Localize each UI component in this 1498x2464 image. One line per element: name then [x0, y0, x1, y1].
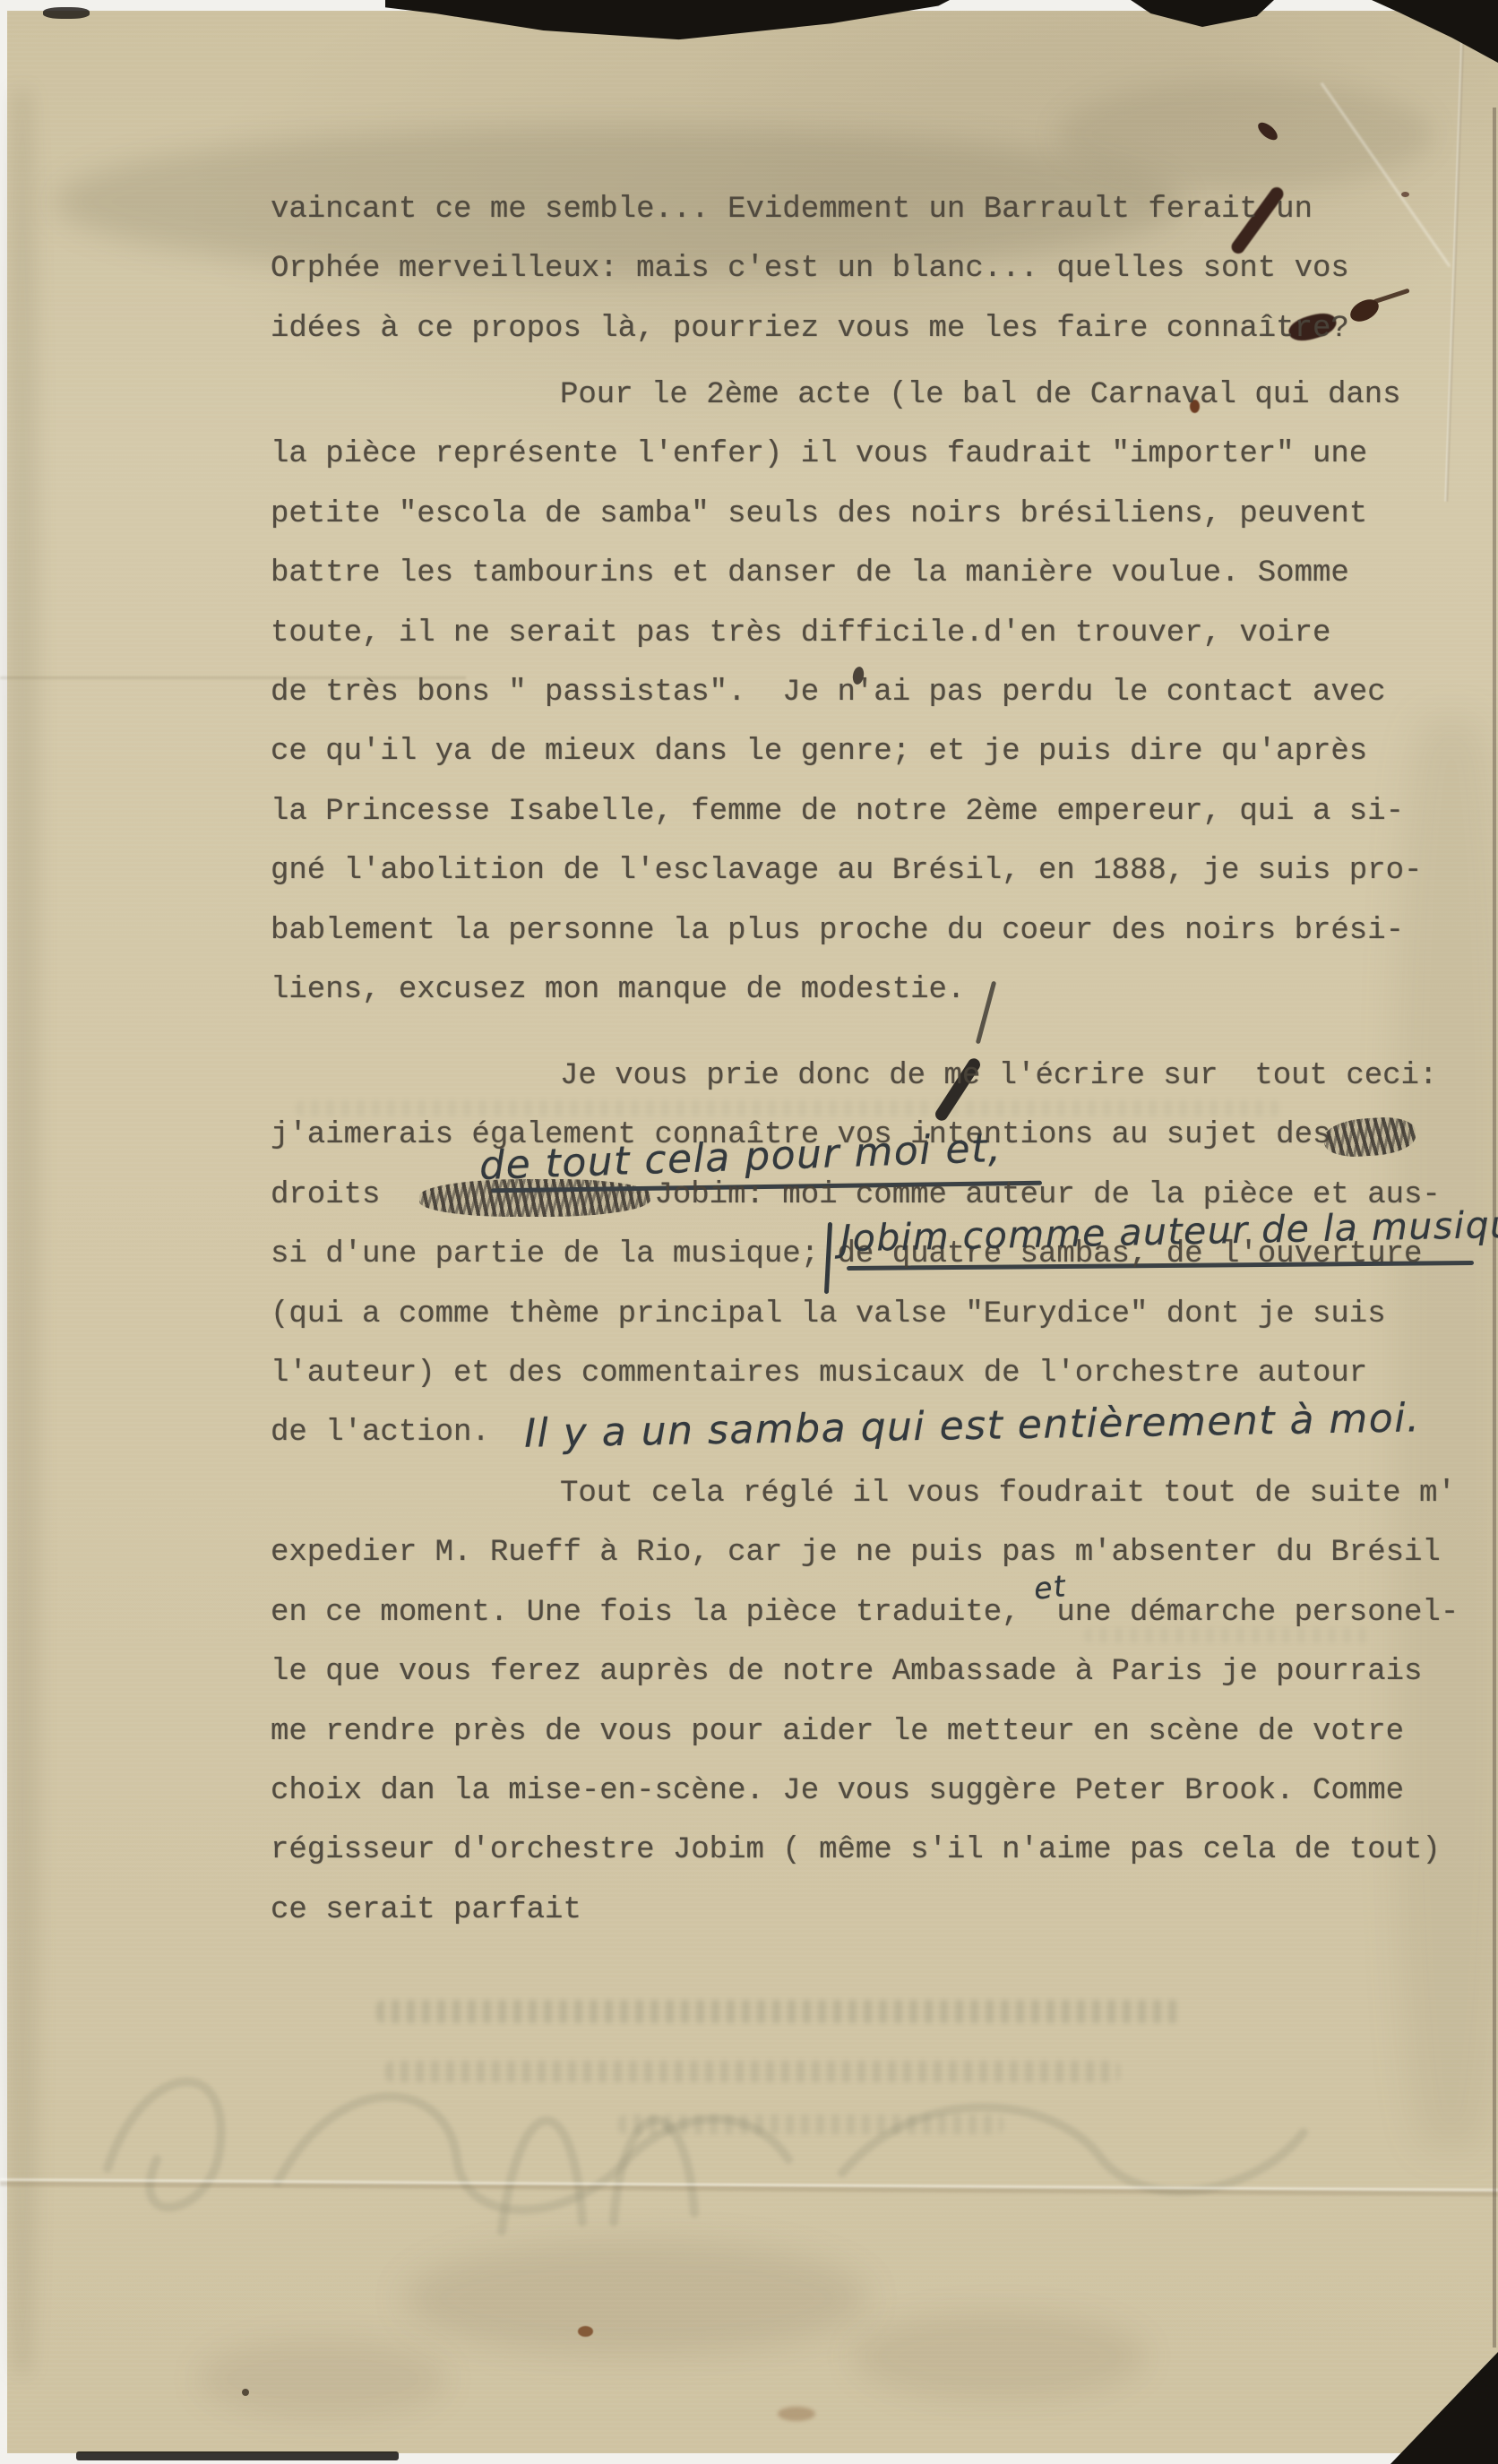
typed-line: ce serait parfait: [271, 1892, 581, 1928]
typed-line: Tout cela réglé il vous foudrait tout de…: [560, 1476, 1456, 1512]
scanned-letter-page: { "page": { "description": "Scanned page…: [0, 0, 1498, 2464]
typed-line: Orphée merveilleux: mais c'est un blanc.…: [271, 251, 1349, 287]
typed-line: toute, il ne serait pas très difficile.d…: [271, 616, 1330, 651]
typed-line: Je vous prie donc de me l'écrire sur tou…: [560, 1058, 1437, 1094]
typed-line: me rendre près de vous pour aider le met…: [271, 1714, 1404, 1750]
typed-line: expedier M. Rueff à Rio, car je ne puis …: [271, 1535, 1441, 1571]
typed-line: l'auteur) et des commentaires musicaux d…: [271, 1356, 1367, 1391]
typed-line: Pour le 2ème acte (le bal de Carnaval qu…: [560, 377, 1401, 413]
typed-line: petite "escola de samba" seuls des noirs…: [271, 496, 1367, 532]
hw-et: et: [1032, 1568, 1068, 1607]
typed-line: choix dan la mise-en-scène. Je vous sugg…: [271, 1773, 1404, 1809]
typed-line: gné l'abolition de l'esclavage au Brésil…: [271, 853, 1422, 889]
typed-line: de très bons " passistas". Je n'ai pas p…: [271, 675, 1386, 711]
typed-line: le que vous ferez auprès de notre Ambass…: [271, 1654, 1422, 1690]
typed-line: régisseur d'orchestre Jobim ( même s'il …: [271, 1832, 1441, 1868]
typed-line: la Princesse Isabelle, femme de notre 2è…: [271, 794, 1404, 830]
typed-line: bablement la personne la plus proche du …: [271, 913, 1404, 949]
typed-line: en ce moment. Une fois la pièce traduite…: [271, 1595, 1459, 1631]
typed-line: battre les tambourins et danser de la ma…: [271, 556, 1349, 591]
typed-line: vaincant ce me semble... Evidemment un B…: [271, 192, 1313, 228]
typed-line: (qui a comme thème principal la valse "E…: [271, 1297, 1386, 1332]
typed-line: idées à ce propos là, pourriez vous me l…: [271, 311, 1349, 347]
typed-line: la pièce représente l'enfer) il vous fau…: [271, 436, 1367, 472]
typed-line: ce qu'il ya de mieux dans le genre; et j…: [271, 734, 1367, 770]
bleed-signature-swirl: [72, 2016, 1362, 2285]
typed-line: de l'action.: [271, 1415, 490, 1451]
typed-line: liens, excusez mon manque de modestie.: [271, 972, 965, 1008]
